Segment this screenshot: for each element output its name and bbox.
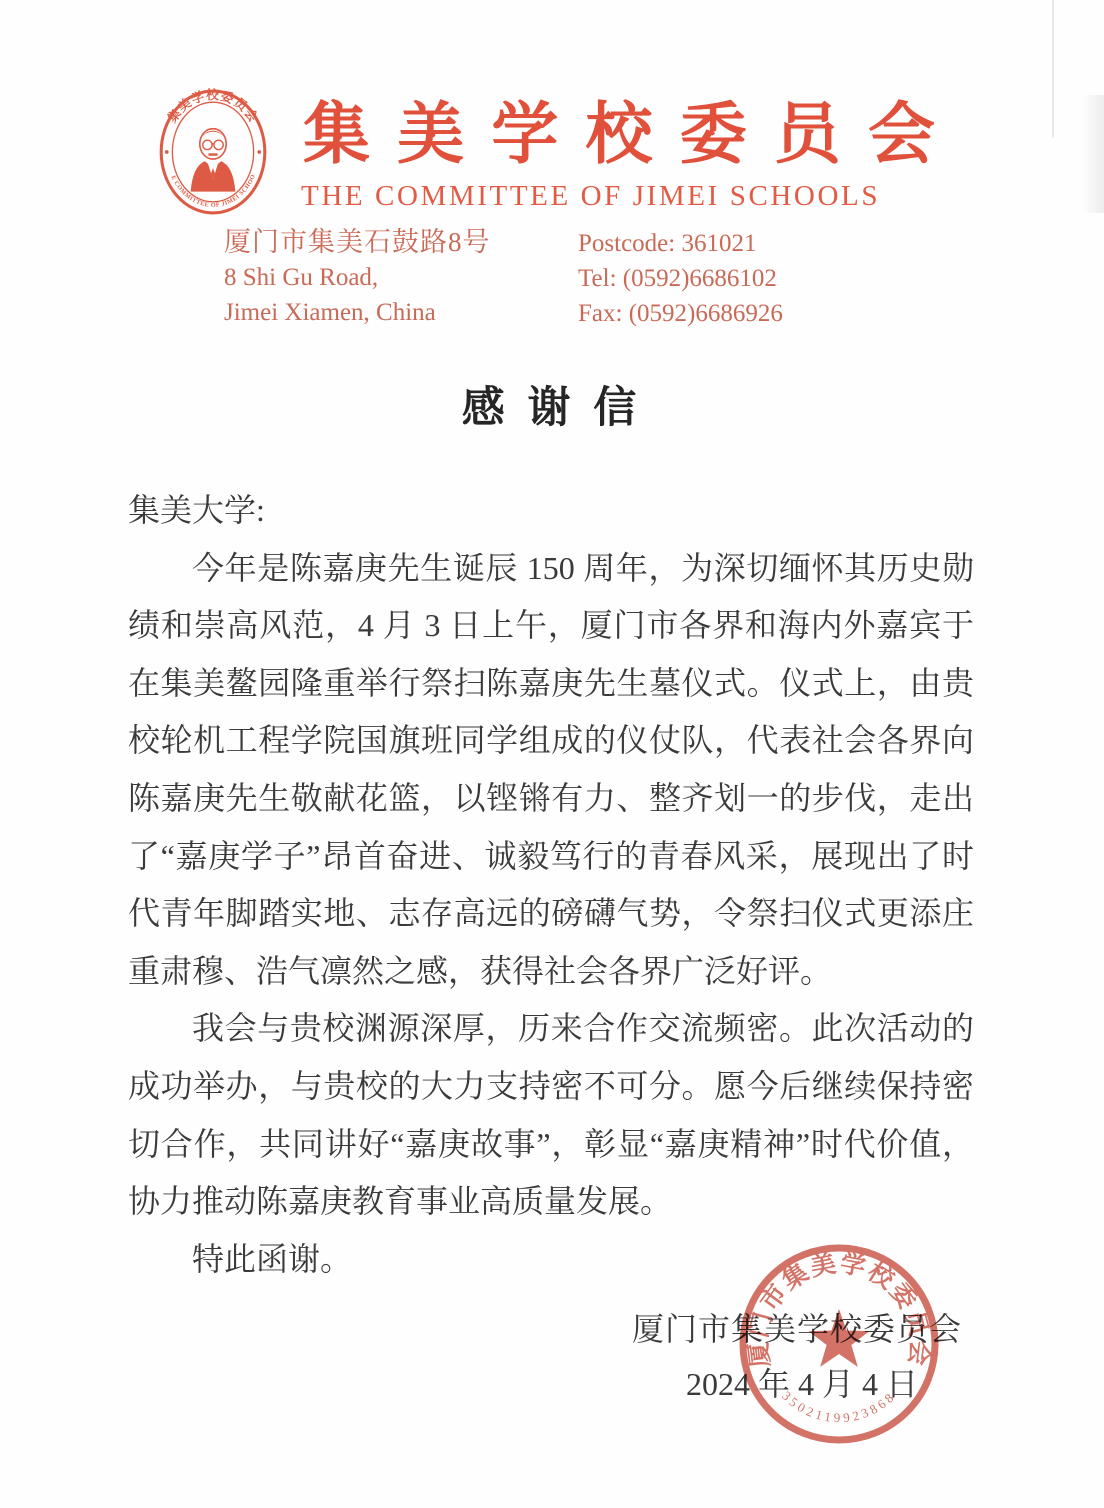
svg-text:3502119923868: 3502119923868 [779, 1388, 899, 1425]
paragraph-2: 我会与贵校渊源深厚，历来合作交流频密。此次活动的成功举办，与贵校的大力支持密不可… [128, 1000, 974, 1230]
official-seal-stamp-icon: 厦门市集美学校委员会 3502119923868 [737, 1242, 941, 1446]
address-english-line2: Jimei Xiamen, China [224, 295, 491, 330]
contact-block-right: Postcode: 361021 Tel: (0592)6686102 Fax:… [578, 226, 783, 331]
letter-title: 感 谢 信 [0, 374, 1104, 435]
svg-text:集美学校委员会: 集美学校委员会 [164, 88, 261, 125]
committee-logo-badge: 集美学校委员会 THE COMMITTEE OF JIMEI SCHOOLS [158, 88, 268, 216]
paragraph-1: 今年是陈嘉庚先生诞辰 150 周年，为深切缅怀其历史勋绩和崇高风范，4 月 3 … [128, 540, 974, 1001]
address-english-line1: 8 Shi Gu Road, [224, 260, 491, 295]
address-block-left: 厦门市集美石鼓路8号 8 Shi Gu Road, Jimei Xiamen, … [224, 224, 491, 330]
org-name-chinese: 集美学校委员会 [303, 96, 935, 174]
address-chinese: 厦门市集美石鼓路8号 [224, 224, 491, 260]
scan-edge-shadow [1082, 95, 1104, 213]
scan-edge-line [1052, 0, 1054, 138]
seal-star-icon [809, 1309, 870, 1367]
tan-kah-kee-portrait-icon: 集美学校委员会 THE COMMITTEE OF JIMEI SCHOOLS [158, 88, 265, 213]
logo-ring-top-text: 集美学校委员会 [164, 88, 261, 125]
tel-line: Tel: (0592)6686102 [578, 261, 783, 296]
org-name-english: THE COMMITTEE OF JIMEI SCHOOLS [301, 180, 941, 213]
seal-serial-number: 3502119923868 [779, 1388, 899, 1425]
postcode-line: Postcode: 361021 [578, 226, 783, 261]
letter-body: 集美大学: 今年是陈嘉庚先生诞辰 150 周年，为深切缅怀其历史勋绩和崇高风范，… [128, 482, 974, 1288]
fax-line: Fax: (0592)6686926 [578, 296, 783, 331]
letter-page: 集美学校委员会 THE COMMITTEE OF JIMEI SCHOOLS 集… [0, 0, 1104, 1508]
salutation: 集美大学: [128, 482, 974, 540]
